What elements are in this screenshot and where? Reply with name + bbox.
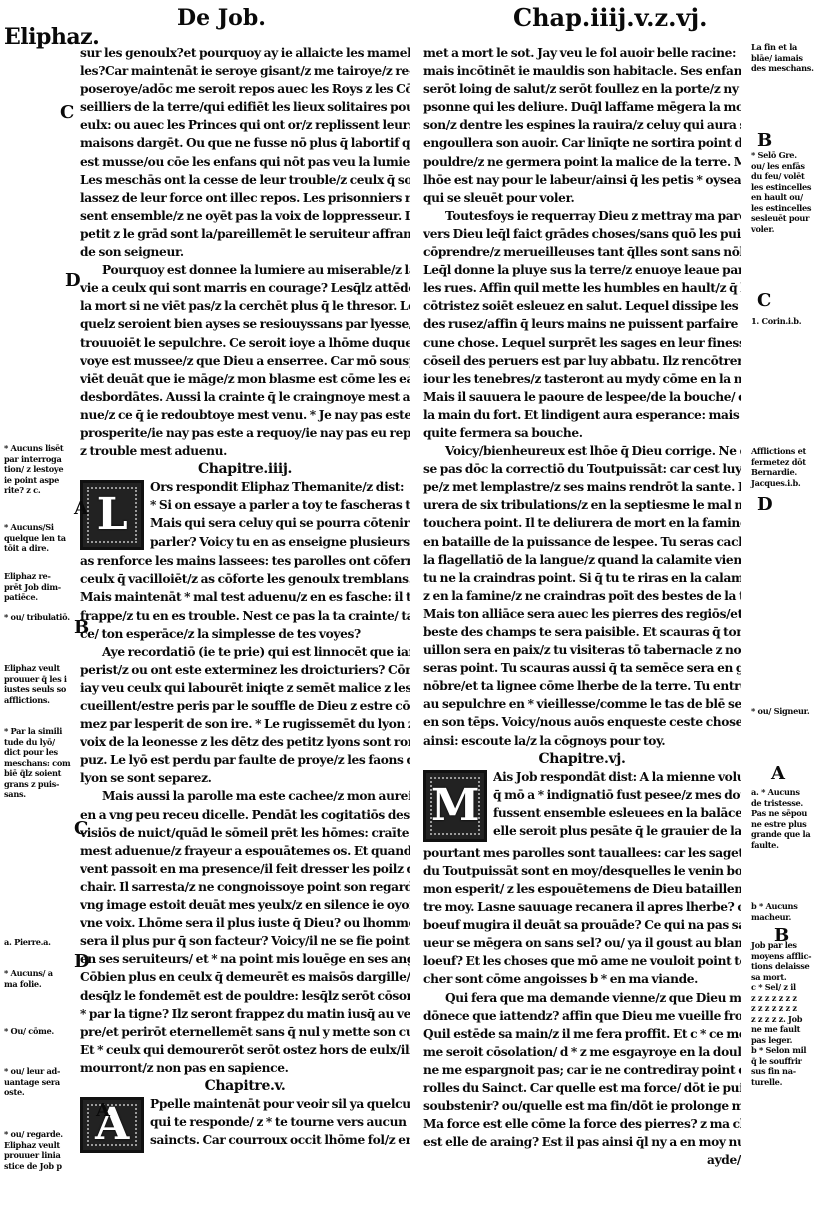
margin-note-line: z z z z z. Job <box>751 1014 811 1025</box>
margin-note-line: moyens afflic- <box>751 951 811 962</box>
text-line: beste des champs te sera paisible. Et sc… <box>423 623 741 641</box>
text-line: Ma force est elle cōme la force des pier… <box>423 1115 741 1133</box>
margin-note-line: b * Aucuns <box>751 901 798 912</box>
text-line: viēt deuāt que ie māge/z mon blasme est … <box>80 370 410 388</box>
margin-note-line: afflictions. <box>4 695 67 706</box>
margin-note-line: * Selō Gre. <box>751 150 811 161</box>
text-line: en ses seruiteurs/ et * na point mis lou… <box>80 950 410 968</box>
decorated-initial-l: L <box>80 480 144 550</box>
text-line: ne me espargnoit pas; car ie ne contredi… <box>423 1061 741 1079</box>
text-line: en a vng peu receu dicelle. Pendāt les c… <box>80 806 410 824</box>
text-line: frappe/z tu en es trouble. Nest ce pas l… <box>80 607 410 625</box>
text-line: touchera point. Il te deliurera de mort … <box>423 514 741 532</box>
text-line: seilliers de la terre/qui edifiēt les li… <box>80 98 410 116</box>
margin-note-line: * Aucuns/ a <box>4 968 53 979</box>
margin-note-line: * ou/ tribulatiō. <box>4 612 70 623</box>
note-l2: * Aucuns/Siquelque len tatōit a dire. <box>4 522 66 554</box>
text-line: des rusez/affin q̄ leurs mains ne puisse… <box>423 315 741 333</box>
text-line: pre/et perirōt eternellemēt sans q̄ nul … <box>80 1023 410 1041</box>
margin-note-line: blāe/ iamais <box>751 53 814 64</box>
running-head-book: De Job. <box>177 5 266 31</box>
text-line: boeuf mugira il deuāt sa prouāde? Ce qui… <box>423 916 741 934</box>
mletter-l6: D <box>74 951 90 972</box>
text-line: Mais ton alliāce sera auec les pierres d… <box>423 605 741 623</box>
text-line: du Toutpuissāt sont en moy/desquelles le… <box>423 862 741 880</box>
text-line: Pourquoy est donnee la lumiere au misera… <box>80 261 410 279</box>
margin-note-line: oste. <box>4 1087 60 1098</box>
margin-note-line: les estincelles <box>751 203 811 214</box>
note-r5: * ou/ Signeur. <box>751 706 809 717</box>
text-line: lassez de leur force ont illec repos. Le… <box>80 189 410 207</box>
margin-note-line: ou/ les enfās <box>751 161 811 172</box>
text-line: z en la famine/z ne craindras poīt des b… <box>423 587 741 605</box>
margin-note-line: ne estre plus <box>751 819 810 830</box>
text-line: elle seroit plus pesāte q̄ le grauier de… <box>493 822 741 840</box>
text-line: Quil estēde sa main/z il me fera proffit… <box>423 1025 741 1043</box>
margin-note-line: sans. <box>4 789 70 800</box>
text-line: tre moy. Lasne sauuage recanera il apres… <box>423 898 741 916</box>
text-line: ueur se mēgera on sans sel? ou/ ya il go… <box>423 934 741 952</box>
mletter-r3: D <box>757 494 773 515</box>
margin-note-line: a. * Aucuns <box>751 787 810 798</box>
text-line: serōt loing de salut/z serōt foullez en … <box>423 80 741 98</box>
margin-note-line: biē q̄lz soient <box>4 768 70 779</box>
margin-note-line: sus fin na- <box>751 1066 811 1077</box>
text-line: sera il plus pur q̄ son facteur? Voicy/i… <box>80 932 410 950</box>
note-l6: * Par la similitude du lyō/dict pour les… <box>4 726 70 800</box>
job-3-continued: sur les genoulx?et pourquoy ay ie allaic… <box>80 44 410 261</box>
text-line: * Si on essaye a parler a toy te fascher… <box>150 496 410 514</box>
margin-note-line: grande que la <box>751 829 810 840</box>
mletter-l7: A <box>96 1100 110 1121</box>
margin-note-line: b * Selon mil <box>751 1045 811 1056</box>
mletter-l1: C <box>60 102 74 123</box>
text-line: met a mort le sot. Jay veu le fol auoir … <box>423 44 741 62</box>
note-l11: * ou/ regarde.Eliphaz veultprouuer linia… <box>4 1129 63 1171</box>
margin-note-line: z z z z z z z <box>751 993 811 1004</box>
text-line: se pas dōc la correctiō du Toutpuissāt: … <box>423 460 741 478</box>
margin-note-line: les estincelles <box>751 182 811 193</box>
mletter-r5: B <box>774 925 789 946</box>
text-line: poseroye/adōc me seroit repos auec les R… <box>80 80 410 98</box>
margin-note-line: pas leger. <box>751 1035 811 1046</box>
right-text-column: met a mort le sot. Jay veu le fol auoir … <box>423 44 741 1169</box>
margin-note-line: en hault ou/ <box>751 192 811 203</box>
note-r3: 1. Corin.i.b. <box>751 316 801 327</box>
margin-note-line: grans z puis- <box>4 779 70 790</box>
chapter-6-initial-lines: Ais Job respondāt dist: A la mienne volu… <box>493 768 741 844</box>
margin-note-line: patiēce. <box>4 592 61 603</box>
margin-note-line: par interroga <box>4 454 63 465</box>
margin-note-line: a. Pierre.a. <box>4 937 51 948</box>
text-line: Les meschās ont la cesse de leur trouble… <box>80 171 410 189</box>
text-line: mest aduenue/z frayeur a espouātemes os.… <box>80 842 410 860</box>
text-line: voye est mussee/z que Dieu a enserree. C… <box>80 352 410 370</box>
text-line: maisons dargēt. Ou que ne fusse nō plus … <box>80 134 410 152</box>
text-line: est elle de araing? Est il pas ainsi q̄l… <box>423 1133 741 1151</box>
text-line: les?Car maintenāt ie seroye gisant/z me … <box>80 62 410 80</box>
chapter-6-heading: Chapitre.vj. <box>423 750 741 768</box>
text-line: vng image estoit deuāt mes yeulx/z en si… <box>80 896 410 914</box>
margin-note-line: ne me fault <box>751 1024 811 1035</box>
mletter-l2: D <box>65 270 81 291</box>
note-r2: * Selō Gre.ou/ les enfāsdu feu/ volētles… <box>751 150 811 234</box>
decorated-initial-m: M <box>423 770 487 842</box>
text-line: lyon se sont separez. <box>80 769 410 787</box>
mletter-r2: C <box>757 290 771 311</box>
margin-note-line: des meschans. <box>751 63 814 74</box>
text-line: Qui fera que ma demande vienne/z que Die… <box>423 989 741 1007</box>
margin-note-line: rite? z c. <box>4 485 63 496</box>
text-line: mourront/z non pas en sapience. <box>80 1059 410 1077</box>
text-line: soubstenir? ou/quelle est ma fin/dōt ie … <box>423 1097 741 1115</box>
text-line: en son tēps. Voicy/nous auōs enqueste ce… <box>423 713 741 731</box>
margin-note-line: meschans: com <box>4 758 70 769</box>
margin-note-line: macheur. <box>751 912 798 923</box>
text-line: trouuoiēt le sepulchre. Ce seroit ioye a… <box>80 334 410 352</box>
note-l4: * ou/ tribulatiō. <box>4 612 70 623</box>
note-l7: a. Pierre.a. <box>4 937 51 948</box>
margin-note-line: * Aucuns/Si <box>4 522 66 533</box>
margin-note-line: * Ou/ cōme. <box>4 1026 54 1037</box>
text-line: les rues. Affin quil mette les humbles e… <box>423 279 741 297</box>
text-line: perist/z ou ont este exterminez les droi… <box>80 661 410 679</box>
text-line: iour les tenebres/z tasteront au mydy cō… <box>423 370 741 388</box>
margin-note-line: 1. Corin.i.b. <box>751 316 801 327</box>
note-l10: * ou/ leur ad-uantage seraoste. <box>4 1066 60 1098</box>
job-5-paragraph-3: Voicy/bienheureux est lhōe q̄ Dieu corri… <box>423 442 741 750</box>
running-head-chapters: Chap.iiij.v.z.vj. <box>513 3 707 32</box>
chapter-6-opening: M Ais Job respondāt dist: A la mienne vo… <box>423 768 741 844</box>
text-line: chair. Il sarresta/z ne congnoissoye poi… <box>80 878 410 896</box>
text-line: cune chose. Lequel surprēt les sages en … <box>423 334 741 352</box>
margin-note-line: sesleuēt pour <box>751 213 811 224</box>
chapter-5-initial-lines: Ppelle maintenāt pour veoir sil ya quelc… <box>150 1095 410 1155</box>
text-line: rolles du Sainct. Car quelle est ma forc… <box>423 1079 741 1097</box>
text-line: de son seigneur. <box>80 243 410 261</box>
margin-note-line: La fin et la <box>751 42 814 53</box>
margin-note-line: Eliphaz re- <box>4 571 61 582</box>
text-line: z trouble mest aduenu. <box>80 442 410 460</box>
mletter-l4: B <box>74 617 89 638</box>
margin-note-line: c * Sel/ z il <box>751 982 811 993</box>
margin-note-line: du feu/ volēt <box>751 171 811 182</box>
margin-note-line: prouuer q̄ les i <box>4 674 67 685</box>
margin-note-line: quelque len ta <box>4 533 66 544</box>
chapter-4-initial-lines: Ors respondit Eliphaz Themanite/z dist:*… <box>150 478 410 552</box>
initial-letter: M <box>431 797 479 815</box>
margin-note-line: stice de Job p <box>4 1161 63 1172</box>
text-line: sur les genoulx?et pourquoy ay ie allaic… <box>80 44 410 62</box>
text-line: Et * ceulx qui demourerōt serōt ostez ho… <box>80 1041 410 1059</box>
note-r1: La fin et lablāe/ iamaisdes meschans. <box>751 42 814 74</box>
chapter-4-opening: L Ors respondit Eliphaz Themanite/z dist… <box>80 478 410 552</box>
text-line: nue/z ce q̄ ie redoubtoye mest venu. * J… <box>80 406 410 424</box>
text-line: quelz seroient bien ayses se resiouyssan… <box>80 315 410 333</box>
text-line: pe/z met lemplastre/z ses mains rendrōt … <box>423 478 741 496</box>
margin-note-line: iustes seuls so <box>4 684 67 695</box>
margin-note-line: de tristesse. <box>751 798 810 809</box>
margin-note-line: Bernardie. <box>751 467 806 478</box>
margin-note-line: sa mort. <box>751 972 811 983</box>
margin-note-line: dict pour les <box>4 747 70 758</box>
note-r6: a. * Aucunsde tristesse.Pas ne sēpoune e… <box>751 787 810 850</box>
text-line: qui te responde/ z * te tourne vers aucu… <box>150 1113 410 1131</box>
chapter-5-opening: A Ppelle maintenāt pour veoir sil ya que… <box>80 1095 410 1155</box>
text-line: uillon sera en paix/z tu visiteras tō ta… <box>423 641 741 659</box>
text-line: voix de la leonesse z les dētz des petit… <box>80 733 410 751</box>
text-line: vie a ceulx qui sont marris en courage? … <box>80 279 410 297</box>
mletter-r1: B <box>757 130 772 151</box>
text-line: cōtristez soiēt esleuez en salut. Lequel… <box>423 297 741 315</box>
text-line: quite fermera sa bouche. <box>423 424 741 442</box>
text-line: ainsi: escoute la/z la cōgnoys pour toy. <box>423 732 741 750</box>
text-line: mez par lesperit de son ire. * Le rugiss… <box>80 715 410 733</box>
text-line: en bataille de la puissance de lespee. T… <box>423 533 741 551</box>
job-4-paragraph-1: as renforce les mains lassees: tes parol… <box>80 552 410 642</box>
text-line: sent ensemble/z ne oyēt pas la voix de l… <box>80 207 410 225</box>
text-line: mais incōtinēt ie mauldis son habitacle.… <box>423 62 741 80</box>
margin-note-line: faulte. <box>751 840 810 851</box>
text-line: q̄ mō a * indignatiō fust pesee/z mes do… <box>493 786 741 804</box>
text-line: as renforce les mains lassees: tes parol… <box>80 552 410 570</box>
job-6-paragraph-2: Qui fera que ma demande vienne/z que Die… <box>423 989 741 1152</box>
margin-note-line: voler. <box>751 224 811 235</box>
text-line: ce/ ton esperāce/z la simplesse de tes v… <box>80 625 410 643</box>
text-line: cōseil des peruers est par luy abbatu. I… <box>423 352 741 370</box>
chapter-4-heading: Chapitre.iiij. <box>80 460 410 478</box>
decorated-initial-a: A <box>80 1097 144 1153</box>
margin-note-line: Pas ne sēpou <box>751 808 810 819</box>
text-line: desbordātes. Aussi la crainte q̄ le crai… <box>80 388 410 406</box>
text-line: mon esperit/ z les espouētemens de Dieu … <box>423 880 741 898</box>
text-line: Aye recordatiō (ie te prie) qui est linn… <box>80 643 410 661</box>
text-line: Mais il sauuera le paoure de lespee/de l… <box>423 388 741 406</box>
text-line: saincts. Car courroux occit lhōme fol/z … <box>150 1131 410 1149</box>
margin-note-line: prouuer linia <box>4 1150 63 1161</box>
text-line: Ppelle maintenāt pour veoir sil ya quelc… <box>150 1095 410 1113</box>
text-line: eulx: ou auec les Princes qui ont or/z r… <box>80 116 410 134</box>
margin-note-line: * ou/ leur ad- <box>4 1066 60 1077</box>
chapter-5-heading: Chapitre.v. <box>80 1077 410 1095</box>
text-line: seras point. Tu scauras aussi q̄ ta semē… <box>423 659 741 677</box>
text-line: la mort si ne viēt pas/z la cerchēt plus… <box>80 297 410 315</box>
text-line: cōprendre/z merueilleuses tant q̄lles so… <box>423 243 741 261</box>
note-l3: Eliphaz re-prēt Job dim-patiēce. <box>4 571 61 603</box>
text-line: Ors respondit Eliphaz Themanite/z dist: <box>150 478 410 496</box>
text-line: iay veu ceulx qui labourēt iniqte z semē… <box>80 679 410 697</box>
job-4-paragraph-3: Mais aussi la parolle ma este cachee/z m… <box>80 787 410 1077</box>
mletter-r4: A <box>771 763 785 784</box>
margin-note-line: tion/ z lestoye <box>4 464 63 475</box>
note-r7: b * Aucunsmacheur. <box>751 901 798 922</box>
margin-note-line: ie point aspe <box>4 475 63 486</box>
text-line: Toutesfoys ie requerray Dieu z mettray m… <box>423 207 741 225</box>
text-line: vent passoit en ma presence/il feit dres… <box>80 860 410 878</box>
text-line: son/z dentre les espines la rauira/z cel… <box>423 116 741 134</box>
text-line: cher sont cōme angoisses b * en ma viand… <box>423 970 741 988</box>
margin-note-line: Jacques.i.b. <box>751 478 806 489</box>
text-line: parler? Voicy tu en as enseigne plusieur… <box>150 533 410 551</box>
note-l8: * Aucuns/ ama folie. <box>4 968 53 989</box>
text-line: fussent ensemble esleuees en la balāce. … <box>493 804 741 822</box>
note-l1: * Aucuns lisētpar interrogation/ z lesto… <box>4 443 63 496</box>
note-l9: * Ou/ cōme. <box>4 1026 54 1037</box>
margin-note-line: Eliphaz veult <box>4 1140 63 1151</box>
margin-note-line: q̄ le souffrir <box>751 1056 811 1067</box>
margin-note-line: turelle. <box>751 1077 811 1088</box>
text-line: visiōs de nuict/quād le sōmeil prēt les … <box>80 824 410 842</box>
margin-note-line: * ou/ Signeur. <box>751 706 809 717</box>
margin-note-line: tude du lyō/ <box>4 737 70 748</box>
text-line: vers Dieu leq̄l faict grādes choses/sans… <box>423 225 741 243</box>
margin-note-line: ma folie. <box>4 979 53 990</box>
margin-note-line: prēt Job dim- <box>4 582 61 593</box>
text-line: Voicy/bienheureux est lhōe q̄ Dieu corri… <box>423 442 741 460</box>
note-l5: Eliphaz veultprouuer q̄ les iiustes seul… <box>4 663 67 705</box>
margin-note-line: * Par la simili <box>4 726 70 737</box>
mletter-l3: A <box>74 498 88 519</box>
margin-note-line: fermetez dōt <box>751 457 806 468</box>
margin-note-line: * Aucuns lisēt <box>4 443 63 454</box>
initial-letter: L <box>97 506 128 524</box>
text-line: pouldre/z ne germera point la malice de … <box>423 153 741 171</box>
job-5-paragraph-2: Toutesfoys ie requerray Dieu z mettray m… <box>423 207 741 442</box>
margin-note-line: Eliphaz veult <box>4 663 67 674</box>
catchword-last-line: ayde/ <box>423 1151 741 1169</box>
text-line: tu ne la craindras point. Si q̄ tu te ri… <box>423 569 741 587</box>
note-r8: Job par lesmoyens afflic-tions delaisses… <box>751 940 811 1087</box>
text-line: est musse/ou cōe les enfans qui nōt pas … <box>80 153 410 171</box>
text-line: puz. Le lyō est perdu par faulte de proy… <box>80 751 410 769</box>
margin-note-line: tions delaisse <box>751 961 811 972</box>
text-line: cueillent/estre peris par le souffle de … <box>80 697 410 715</box>
text-line: * par la tigne? Ilz seront frappez du ma… <box>80 1005 410 1023</box>
job-3-paragraph: Pourquoy est donnee la lumiere au misera… <box>80 261 410 460</box>
text-line: Leq̄l donne la pluye sus la terre/z enuo… <box>423 261 741 279</box>
margin-note-line: tōit a dire. <box>4 543 66 554</box>
margin-note-line: z z z z z z z <box>751 1003 811 1014</box>
text-line: desq̄lz le fondemēt est de pouldre: lesq… <box>80 987 410 1005</box>
text-line: pourtant mes parolles sont tauallees: ca… <box>423 844 741 862</box>
job-4-paragraph-2: Aye recordatiō (ie te prie) qui est linn… <box>80 643 410 788</box>
text-line: ceulx q̄ vacilloiēt/z as cōforte les gen… <box>80 570 410 588</box>
text-line: loeuf? Et les choses que mō ame ne voulo… <box>423 952 741 970</box>
text-line: engoullera son auoir. Car linīqte ne sor… <box>423 134 741 152</box>
text-line: Mais aussi la parolle ma este cachee/z m… <box>80 787 410 805</box>
text-line: vne voix. Lhōme sera il plus iuste q̄ Di… <box>80 914 410 932</box>
text-line: psonne qui les deliure. Duq̄l laffame mē… <box>423 98 741 116</box>
text-line: Mais maintenāt * mal test aduenu/z en es… <box>80 588 410 606</box>
job-5-paragraph-1: met a mort le sot. Jay veu le fol auoir … <box>423 44 741 207</box>
text-line: urera de six tribulations/z en la septie… <box>423 496 741 514</box>
text-line: au sepulchre en * vieillesse/comme le ta… <box>423 695 741 713</box>
text-line: me seroit cōsolation/ d * z me esgayroye… <box>423 1043 741 1061</box>
job-6-paragraph-1: pourtant mes parolles sont tauallees: ca… <box>423 844 741 989</box>
text-line: Ais Job respondāt dist: A la mienne volu… <box>493 768 741 786</box>
text-line: la main du fort. Et lindigent aura esper… <box>423 406 741 424</box>
text-line: qui se sleuēt pour voler. <box>423 189 741 207</box>
text-line: Cōbien plus en ceulx q̄ demeurēt es mais… <box>80 968 410 986</box>
note-r4: Afflictions etfermetez dōtBernardie.Jacq… <box>751 446 806 488</box>
text-line: nōbre/et ta lignee cōme lherbe de la ter… <box>423 677 741 695</box>
text-line: la flagellatiō de la langue/z quand la c… <box>423 551 741 569</box>
text-line: Mais qui sera celuy qui se pourra cōteni… <box>150 514 410 532</box>
text-line: petit z le grād sont la/pareillemēt le s… <box>80 225 410 243</box>
text-line: lhōe est nay pour le labeur/ainsi q̄ les… <box>423 171 741 189</box>
text-line: prosperite/ie nay pas este a requoy/ie n… <box>80 424 410 442</box>
margin-note-line: Afflictions et <box>751 446 806 457</box>
text-line: dōnece que iattendz? affin que Dieu me v… <box>423 1007 741 1025</box>
left-text-column: sur les genoulx?et pourquoy ay ie allaic… <box>80 44 410 1155</box>
margin-note-line: uantage sera <box>4 1077 60 1088</box>
margin-note-line: * ou/ regarde. <box>4 1129 63 1140</box>
mletter-l5: C <box>74 818 88 839</box>
